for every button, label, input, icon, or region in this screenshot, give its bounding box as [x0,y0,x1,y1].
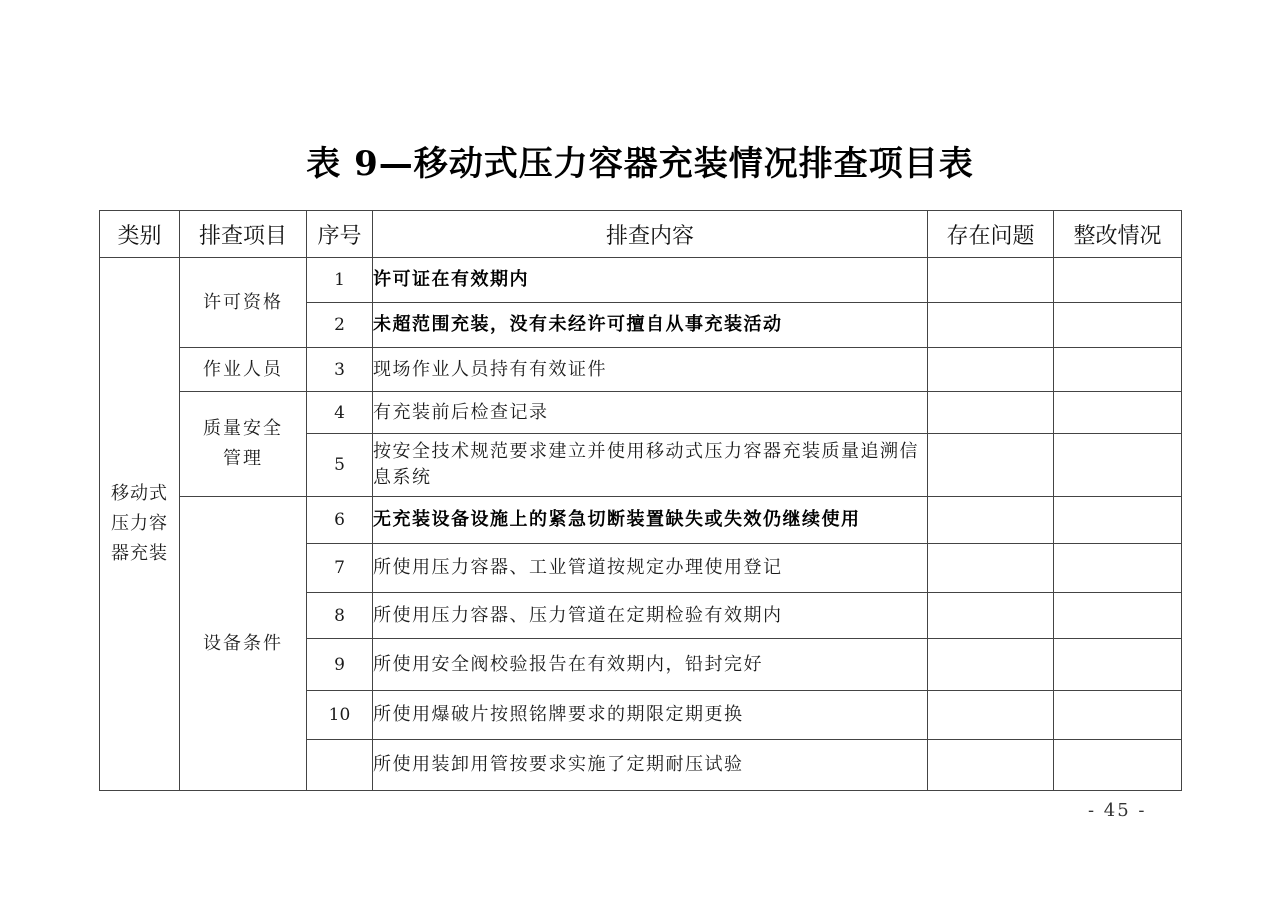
category-label: 移动式压力容器充装 [107,479,173,569]
issue-cell[interactable] [928,740,1054,791]
rectification-cell[interactable] [1054,303,1182,348]
row-content: 所使用安全阀校验报告在有效期内，铅封完好 [373,639,928,691]
rectification-cell[interactable] [1054,258,1182,303]
header-number: 序号 [307,211,373,258]
table-row: 设备条件 6 无充装设备设施上的紧急切断装置缺失或失效仍继续使用 [100,497,1182,544]
issue-cell[interactable] [928,691,1054,740]
page-number: - 45 - [1088,800,1147,821]
row-number: 2 [307,303,373,348]
rectification-cell[interactable] [1054,497,1182,544]
group-quality-safety-management: 质量安全管理 [180,392,307,497]
rectification-cell[interactable] [1054,348,1182,392]
issue-cell[interactable] [928,392,1054,434]
header-rectification: 整改情况 [1054,211,1182,258]
row-number: 1 [307,258,373,303]
header-category: 类别 [100,211,180,258]
rectification-cell[interactable] [1054,434,1182,497]
rectification-cell[interactable] [1054,593,1182,639]
table-row: 移动式压力容器充装 许可资格 1 许可证在有效期内 [100,258,1182,303]
group-quality-safety-management-label: 质量安全管理 [195,414,291,474]
row-number: 3 [307,348,373,392]
row-content: 所使用压力容器、工业管道按规定办理使用登记 [373,544,928,593]
row-number: 10 [307,691,373,740]
issue-cell[interactable] [928,348,1054,392]
issue-cell[interactable] [928,258,1054,303]
row-content: 有充装前后检查记录 [373,392,928,434]
table-row: 质量安全管理 4 有充装前后检查记录 [100,392,1182,434]
row-content: 所使用爆破片按照铭牌要求的期限定期更换 [373,691,928,740]
rectification-cell[interactable] [1054,544,1182,593]
row-content: 许可证在有效期内 [373,258,928,303]
issue-cell[interactable] [928,497,1054,544]
issue-cell[interactable] [928,639,1054,691]
row-content: 现场作业人员持有有效证件 [373,348,928,392]
row-number: 6 [307,497,373,544]
issue-cell[interactable] [928,544,1054,593]
table-row: 作业人员 3 现场作业人员持有有效证件 [100,348,1182,392]
group-license-qualification: 许可资格 [180,258,307,348]
row-number: 9 [307,639,373,691]
category-cell: 移动式压力容器充装 [100,258,180,791]
issue-cell[interactable] [928,593,1054,639]
row-number: 5 [307,434,373,497]
rectification-cell[interactable] [1054,740,1182,791]
group-equipment-conditions: 设备条件 [180,497,307,791]
row-number [307,740,373,791]
issue-cell[interactable] [928,434,1054,497]
row-content: 未超范围充装，没有未经许可擅自从事充装活动 [373,303,928,348]
issue-cell[interactable] [928,303,1054,348]
header-check-content: 排查内容 [373,211,928,258]
header-check-item: 排查项目 [180,211,307,258]
row-content: 所使用装卸用管按要求实施了定期耐压试验 [373,740,928,791]
table-header-row: 类别 排查项目 序号 排查内容 存在问题 整改情况 [100,211,1182,258]
group-operators: 作业人员 [180,348,307,392]
row-content: 按安全技术规范要求建立并使用移动式压力容器充装质量追溯信息系统 [373,434,928,497]
rectification-cell[interactable] [1054,392,1182,434]
inspection-table: 类别 排查项目 序号 排查内容 存在问题 整改情况 移动式压力容器充装 许可资格… [99,210,1182,791]
header-existing-issues: 存在问题 [928,211,1054,258]
row-number: 8 [307,593,373,639]
row-number: 7 [307,544,373,593]
row-content: 无充装设备设施上的紧急切断装置缺失或失效仍继续使用 [373,497,928,544]
rectification-cell[interactable] [1054,691,1182,740]
rectification-cell[interactable] [1054,639,1182,691]
row-content: 所使用压力容器、压力管道在定期检验有效期内 [373,593,928,639]
page-title: 表 9—移动式压力容器充装情况排查项目表 [0,136,1280,185]
row-number: 4 [307,392,373,434]
